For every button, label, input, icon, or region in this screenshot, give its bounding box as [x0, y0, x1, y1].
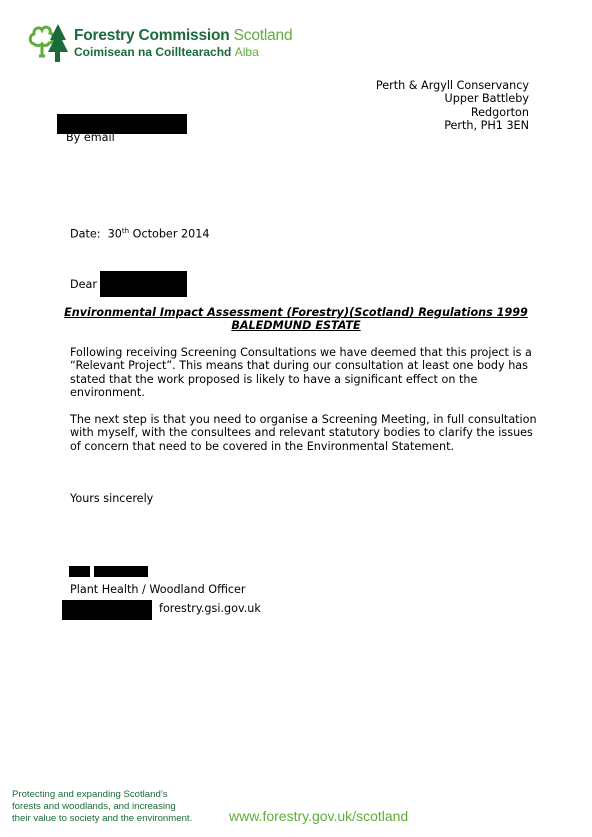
redacted-signatory-initial	[69, 566, 90, 577]
salutation: Dear	[70, 278, 97, 291]
address-line: Upper Battleby	[376, 92, 529, 105]
sender-address: Perth & Argyll Conservancy Upper Battleb…	[376, 79, 529, 132]
body-paragraph-2: The next step is that you need to organi…	[70, 413, 540, 453]
org-name: Forestry Commission Scotland	[74, 28, 292, 44]
address-line: Perth, PH1 3EN	[376, 119, 529, 132]
redacted-email-user	[62, 600, 152, 620]
address-line: Perth & Argyll Conservancy	[376, 79, 529, 92]
email-domain: forestry.gsi.gov.uk	[159, 602, 261, 615]
footer-website-link[interactable]: www.forestry.gov.uk/scotland	[229, 808, 408, 824]
org-name-gaelic: Coimisean na Coilltearachd Alba	[74, 46, 292, 58]
redacted-addressee	[100, 271, 187, 297]
redacted-signatory-surname	[94, 566, 148, 577]
subject-heading: Environmental Impact Assessment (Forestr…	[60, 306, 532, 333]
address-line: Redgorton	[376, 106, 529, 119]
delivery-method: By email	[66, 131, 115, 144]
tree-logo-icon	[28, 22, 70, 64]
signatory-role: Plant Health / Woodland Officer	[70, 583, 246, 596]
closing: Yours sincerely	[70, 492, 153, 505]
footer-tagline: Protecting and expanding Scotland’s fore…	[12, 789, 192, 825]
forestry-commission-logo: Forestry Commission Scotland Coimisean n…	[28, 22, 292, 64]
letter-date: Date: 30th October 2014	[70, 225, 209, 241]
body-paragraph-1: Following receiving Screening Consultati…	[70, 346, 540, 399]
